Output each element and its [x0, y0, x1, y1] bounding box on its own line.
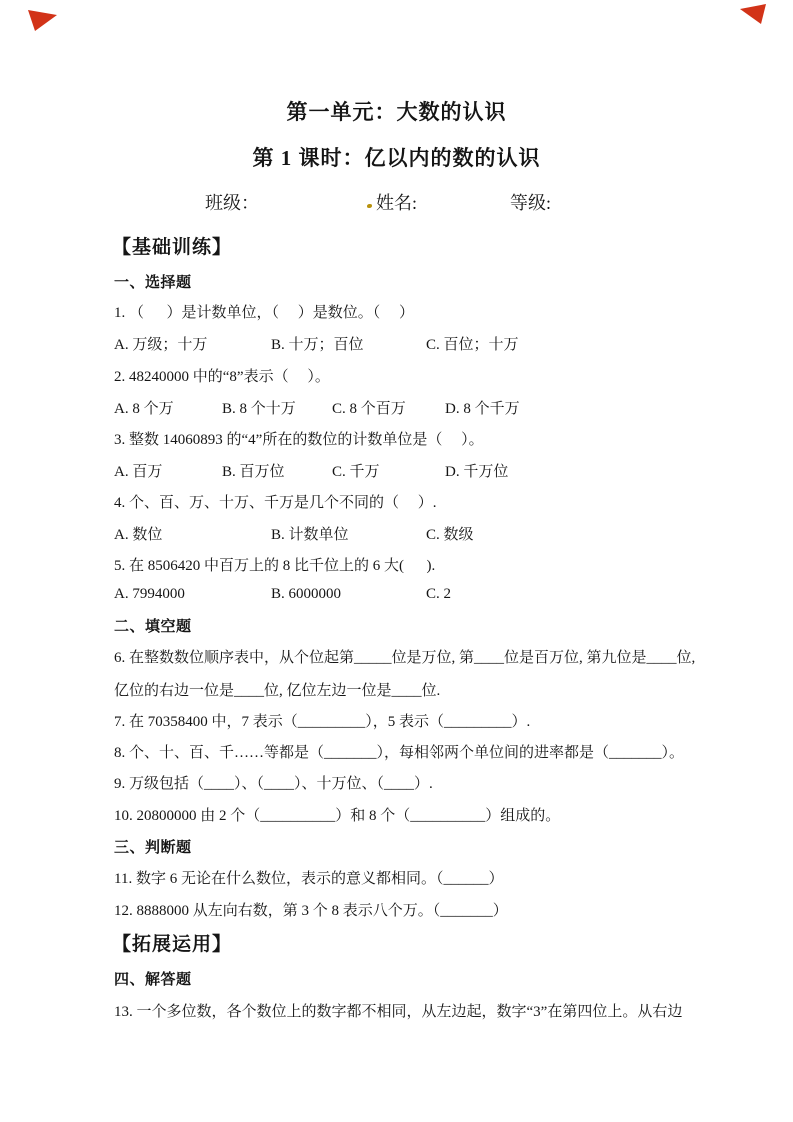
question-13: 13. 一个多位数，各个数位上的数字都不相同，从左边起，数字“3”在第四位上。从… [114, 1000, 682, 1021]
question-1: 1. （ ）是计数单位，（ ）是数位。（ ） [114, 301, 414, 322]
question-7: 7. 在 70358400 中，7 表示（_________），5 表示（___… [114, 710, 530, 731]
q2-option-b: B. 8 个十万 [222, 397, 332, 418]
question-1-options: A. 万级；十万 B. 十万；百位 C. 百位；十万 [114, 333, 519, 354]
part4-solve-title: 四、解答题 [114, 968, 192, 989]
question-9: 9. 万级包括（____）、（____）、十万位、（____）. [114, 772, 433, 793]
question-4: 4. 个、百、万、十万、千万是几个不同的（ ）. [114, 491, 437, 512]
question-4-options: A. 数位 B. 计数单位 C. 数级 [114, 523, 474, 544]
q2-option-c: C. 8 个百万 [332, 397, 445, 418]
corner-mark-right-icon [740, 4, 767, 25]
question-5-options: A. 7994000 B. 6000000 C. 2 [114, 586, 451, 603]
q3-option-c: C. 千万 [332, 460, 445, 481]
q4-option-b: B. 计数单位 [271, 523, 426, 544]
q3-option-a: A. 百万 [114, 460, 222, 481]
q1-option-a: A. 万级；十万 [114, 333, 271, 354]
question-12: 12. 8888000 从左向右数，第 3 个 8 表示八个万。（_______… [114, 899, 508, 920]
q2-option-a: A. 8 个万 [114, 397, 222, 418]
q1-option-b: B. 十万；百位 [271, 333, 426, 354]
q1-option-c: C. 百位；十万 [426, 333, 519, 354]
section-basic-training: 【基础训练】 [112, 232, 232, 259]
unit-title: 第一单元：大数的认识 [0, 96, 793, 126]
ink-dot [367, 204, 372, 208]
question-3-options: A. 百万 B. 百万位 C. 千万 D. 千万位 [114, 460, 508, 481]
part2-fill-blank-title: 二、填空题 [114, 615, 192, 636]
q3-option-d: D. 千万位 [445, 460, 508, 481]
q5-option-a: A. 7994000 [114, 586, 271, 603]
question-8: 8. 个、十、百、千……等都是（_______），每相邻两个单位间的进率都是（_… [114, 741, 684, 762]
question-6-line1: 6. 在整数数位顺序表中，从个位起第_____位是万位, 第____位是百万位,… [114, 646, 695, 667]
lesson-title: 第 1 课时：亿以内的数的认识 [0, 142, 793, 172]
q5-option-b: B. 6000000 [271, 586, 426, 603]
class-label: 班级： [205, 189, 259, 215]
question-3: 3. 整数 14060893 的“4”所在的数位的计数单位是（ ）。 [114, 428, 484, 449]
q5-option-c: C. 2 [426, 586, 451, 603]
question-10: 10. 20800000 由 2 个（__________）和 8 个（____… [114, 804, 560, 825]
q4-option-c: C. 数级 [426, 523, 474, 544]
part3-judge-title: 三、判断题 [114, 836, 192, 857]
part1-choice-title: 一、选择题 [114, 271, 192, 292]
question-11: 11. 数字 6 无论在什么数位，表示的意义都相同。（______） [114, 867, 503, 888]
q2-option-d: D. 8 个千万 [445, 397, 520, 418]
grade-label: 等级: [510, 189, 551, 215]
q3-option-b: B. 百万位 [222, 460, 332, 481]
question-2-options: A. 8 个万 B. 8 个十万 C. 8 个百万 D. 8 个千万 [114, 397, 520, 418]
question-2: 2. 48240000 中的“8”表示（ ）。 [114, 365, 330, 386]
name-label: 姓名: [376, 189, 417, 215]
question-5: 5. 在 8506420 中百万上的 8 比千位上的 6 大( ). [114, 554, 435, 575]
corner-mark-left-icon [28, 8, 58, 32]
worksheet-page: 第一单元：大数的认识 第 1 课时：亿以内的数的认识 班级： 姓名: 等级: 【… [0, 0, 793, 1122]
q4-option-a: A. 数位 [114, 523, 271, 544]
question-6-line2: 亿位的右边一位是____位, 亿位左边一位是____位. [114, 679, 440, 700]
section-extension: 【拓展运用】 [112, 929, 232, 956]
